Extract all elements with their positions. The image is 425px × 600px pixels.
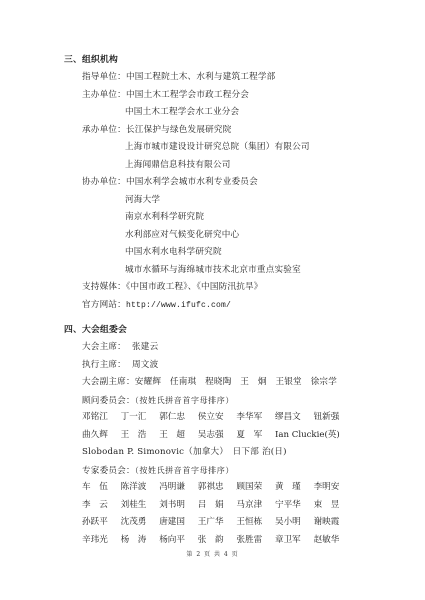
vice-chair-label: 大会副主席： <box>82 377 135 387</box>
coorganizer-value: 中国水利学会城市水利专业委员会 <box>126 177 258 187</box>
website-label: 官方网站： <box>82 300 126 310</box>
advisory-label: 顾问委员会： <box>82 396 135 406</box>
chair-row: 大会主席：张建云 <box>82 342 158 353</box>
expert-row: 孙跃平沈茂勇唐建国王广华王恒栋吴小明谢映霞 <box>82 517 352 528</box>
guidance-unit-row: 指导单位：中国工程院土木、水利与建筑工程学部 <box>82 72 275 83</box>
expert-member: 孙跃平 <box>82 517 121 528</box>
advisory-member: 李华军 <box>236 412 275 423</box>
expert-member: 冯明谦 <box>159 482 198 493</box>
advisory-member: 钮新强 <box>314 412 353 423</box>
section-heading-organization: 三、组织机构 <box>64 55 118 66</box>
exec-chair-value: 周文波 <box>132 360 158 370</box>
host-value: 中国土木工程学会水工业分会 <box>125 107 239 118</box>
expert-label: 专家委员会： <box>82 466 135 476</box>
media-label: 支持媒体： <box>82 282 126 292</box>
organizer-label: 承办单位： <box>82 125 126 135</box>
coorganizer-label: 协办单位： <box>82 177 126 187</box>
media-row: 支持媒体：《中国市政工程》、《中国防汛抗旱》 <box>82 282 263 293</box>
expert-row: 车 伍陈洋波冯明谦郭祺忠顾国荣黄 瑾李明安 <box>82 482 352 493</box>
advisory-member: Ian Cluckie(英) <box>275 430 340 441</box>
expert-row: 辛玮光杨 涛杨向平张 韵张胜雷章卫军赵敏华 <box>82 535 352 546</box>
expert-member: 赵敏华 <box>314 535 353 546</box>
expert-note: （按姓氏拼音首字母排序） <box>135 466 234 475</box>
expert-member: 沈茂勇 <box>121 517 160 528</box>
expert-member: 吕 娟 <box>198 500 237 511</box>
expert-member: 唐建国 <box>159 517 198 528</box>
expert-member: 宁平华 <box>275 500 314 511</box>
advisory-member: 曲久辉 <box>82 430 121 441</box>
advisory-row: 曲久辉王 浩王 超吴志强夏 军Ian Cluckie(英) <box>82 430 340 441</box>
expert-member: 辛玮光 <box>82 535 121 546</box>
expert-member: 车 伍 <box>82 482 121 493</box>
website-link[interactable]: http://www.ifufc.com/ <box>126 301 231 310</box>
host-label: 主办单位： <box>82 90 126 100</box>
advisory-member: 侯立安 <box>198 412 237 423</box>
chair-label: 大会主席： <box>82 342 132 353</box>
advisory-label-row: 顾问委员会：（按姓氏拼音首字母排序） <box>82 395 234 407</box>
expert-member: 黄 瑾 <box>275 482 314 493</box>
vice-chair-row: 大会副主席：安耀辉 任南琪 程晓陶 王 炯 王银堂 徐宗学 <box>82 377 337 388</box>
vice-chair-values: 安耀辉 任南琪 程晓陶 王 炯 王银堂 徐宗学 <box>135 377 337 387</box>
organizer-value: 上海市城市建设设计研究总院（集团）有限公司 <box>125 142 310 153</box>
expert-member: 刘桂生 <box>121 500 160 511</box>
organizer-value: 上海闻鼎信息科技有限公司 <box>125 160 231 171</box>
guidance-value: 中国工程院土木、水利与建筑工程学部 <box>126 72 276 82</box>
expert-member: 马京津 <box>236 500 275 511</box>
expert-member: 张胜雷 <box>236 535 275 546</box>
expert-member: 吴小明 <box>275 517 314 528</box>
expert-member: 束 昱 <box>314 500 353 511</box>
host-value: 中国土木工程学会市政工程分会 <box>126 90 249 100</box>
expert-member: 刘书明 <box>159 500 198 511</box>
expert-member: 郭祺忠 <box>198 482 237 493</box>
chair-value: 张建云 <box>132 342 158 352</box>
coorganizer-value: 中国水利水电科学研究院 <box>125 247 222 258</box>
host-unit-row: 主办单位：中国土木工程学会市政工程分会 <box>82 90 249 101</box>
advisory-member: 王 浩 <box>121 430 160 441</box>
expert-member: 杨向平 <box>159 535 198 546</box>
coorganizer-value: 水利部应对气候变化研究中心 <box>125 230 239 241</box>
advisory-member: 夏 军 <box>236 430 275 441</box>
advisory-member: 吴志强 <box>198 430 237 441</box>
expert-row: 李 云刘桂生刘书明吕 娟马京津宁平华束 昱 <box>82 500 352 511</box>
advisory-member: 邓铭江 <box>82 412 121 423</box>
expert-member: 顾国荣 <box>236 482 275 493</box>
expert-member: 李 云 <box>82 500 121 511</box>
expert-member: 杨 涛 <box>121 535 160 546</box>
media-value: 《中国市政工程》、《中国防汛抗旱》 <box>126 282 263 292</box>
advisory-note: （按姓氏拼音首字母排序） <box>135 396 234 405</box>
advisory-member: 郭仁忠 <box>159 412 198 423</box>
expert-member: 谢映霞 <box>314 517 353 528</box>
expert-member: 章卫军 <box>275 535 314 546</box>
advisory-member: 丁一汇 <box>121 412 160 423</box>
advisory-member: 王 超 <box>159 430 198 441</box>
expert-member: 张 韵 <box>198 535 237 546</box>
coorganizer-value: 南京水利科学研究院 <box>125 212 204 223</box>
coorganizer-value: 河海大学 <box>125 195 160 206</box>
expert-member: 陈洋波 <box>121 482 160 493</box>
guidance-label: 指导单位： <box>82 72 126 82</box>
organizer-unit-row: 承办单位：长江保护与绿色发展研究院 <box>82 125 232 136</box>
exec-chair-row: 执行主席：周文波 <box>82 360 158 371</box>
website-row: 官方网站：http://www.ifufc.com/ <box>82 300 231 311</box>
expert-member: 王恒栋 <box>236 517 275 528</box>
expert-member: 李明安 <box>314 482 353 493</box>
advisory-row: 邓铭江丁一汇郭仁忠侯立安李华军缪昌文钮新强 <box>82 412 352 423</box>
document-page: 三、组织机构 指导单位：中国工程院土木、水利与建筑工程学部 主办单位：中国土木工… <box>0 0 425 600</box>
advisory-extra-row: Slobodan P. Simonovic（加拿大） 日下部 治(日) <box>82 447 287 458</box>
expert-label-row: 专家委员会：（按姓氏拼音首字母排序） <box>82 465 234 477</box>
advisory-member: 缪昌文 <box>275 412 314 423</box>
organizer-value: 长江保护与绿色发展研究院 <box>126 125 232 135</box>
page-number-footer: 第 2 页 共 4 页 <box>0 549 425 558</box>
expert-member: 王广华 <box>198 517 237 528</box>
coorganizer-unit-row: 协办单位：中国水利学会城市水利专业委员会 <box>82 177 258 188</box>
section-heading-committee: 四、大会组委会 <box>64 325 127 336</box>
exec-chair-label: 执行主席： <box>82 360 132 371</box>
coorganizer-value: 城市水循环与海绵城市技术北京市重点实验室 <box>125 265 301 276</box>
